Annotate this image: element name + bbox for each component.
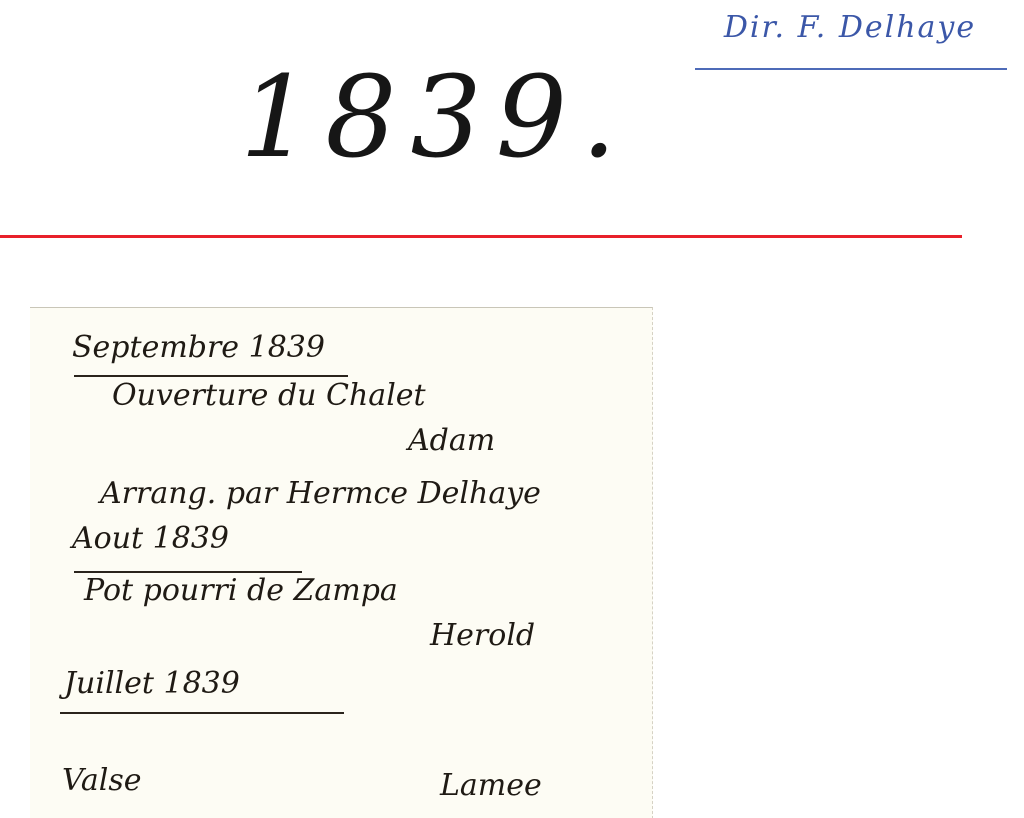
entry-composer: Lamee xyxy=(440,768,542,803)
red-divider xyxy=(0,235,962,238)
handwritten-card: Septembre 1839 Ouverture du Chalet Adam … xyxy=(30,307,653,818)
entry-date-underline xyxy=(60,712,344,714)
signature-underline xyxy=(695,68,1007,70)
entry-date: Septembre 1839 xyxy=(72,330,325,365)
entry-title: Valse xyxy=(62,763,142,798)
entry-composer: Herold xyxy=(430,618,535,653)
entry-date: Aout 1839 xyxy=(72,521,229,556)
entry-title: Ouverture du Chalet xyxy=(112,378,426,413)
entry-title: Pot pourri de Zampa xyxy=(84,573,398,608)
entry-note: Arrang. par Hermce Delhaye xyxy=(100,476,541,511)
entry-composer: Adam xyxy=(408,423,495,458)
signature: Dir. F. Delhaye xyxy=(690,10,1010,45)
page-title-year: 1839. xyxy=(240,62,631,174)
entry-date: Juillet 1839 xyxy=(64,666,240,701)
entry-date-underline xyxy=(74,375,348,377)
